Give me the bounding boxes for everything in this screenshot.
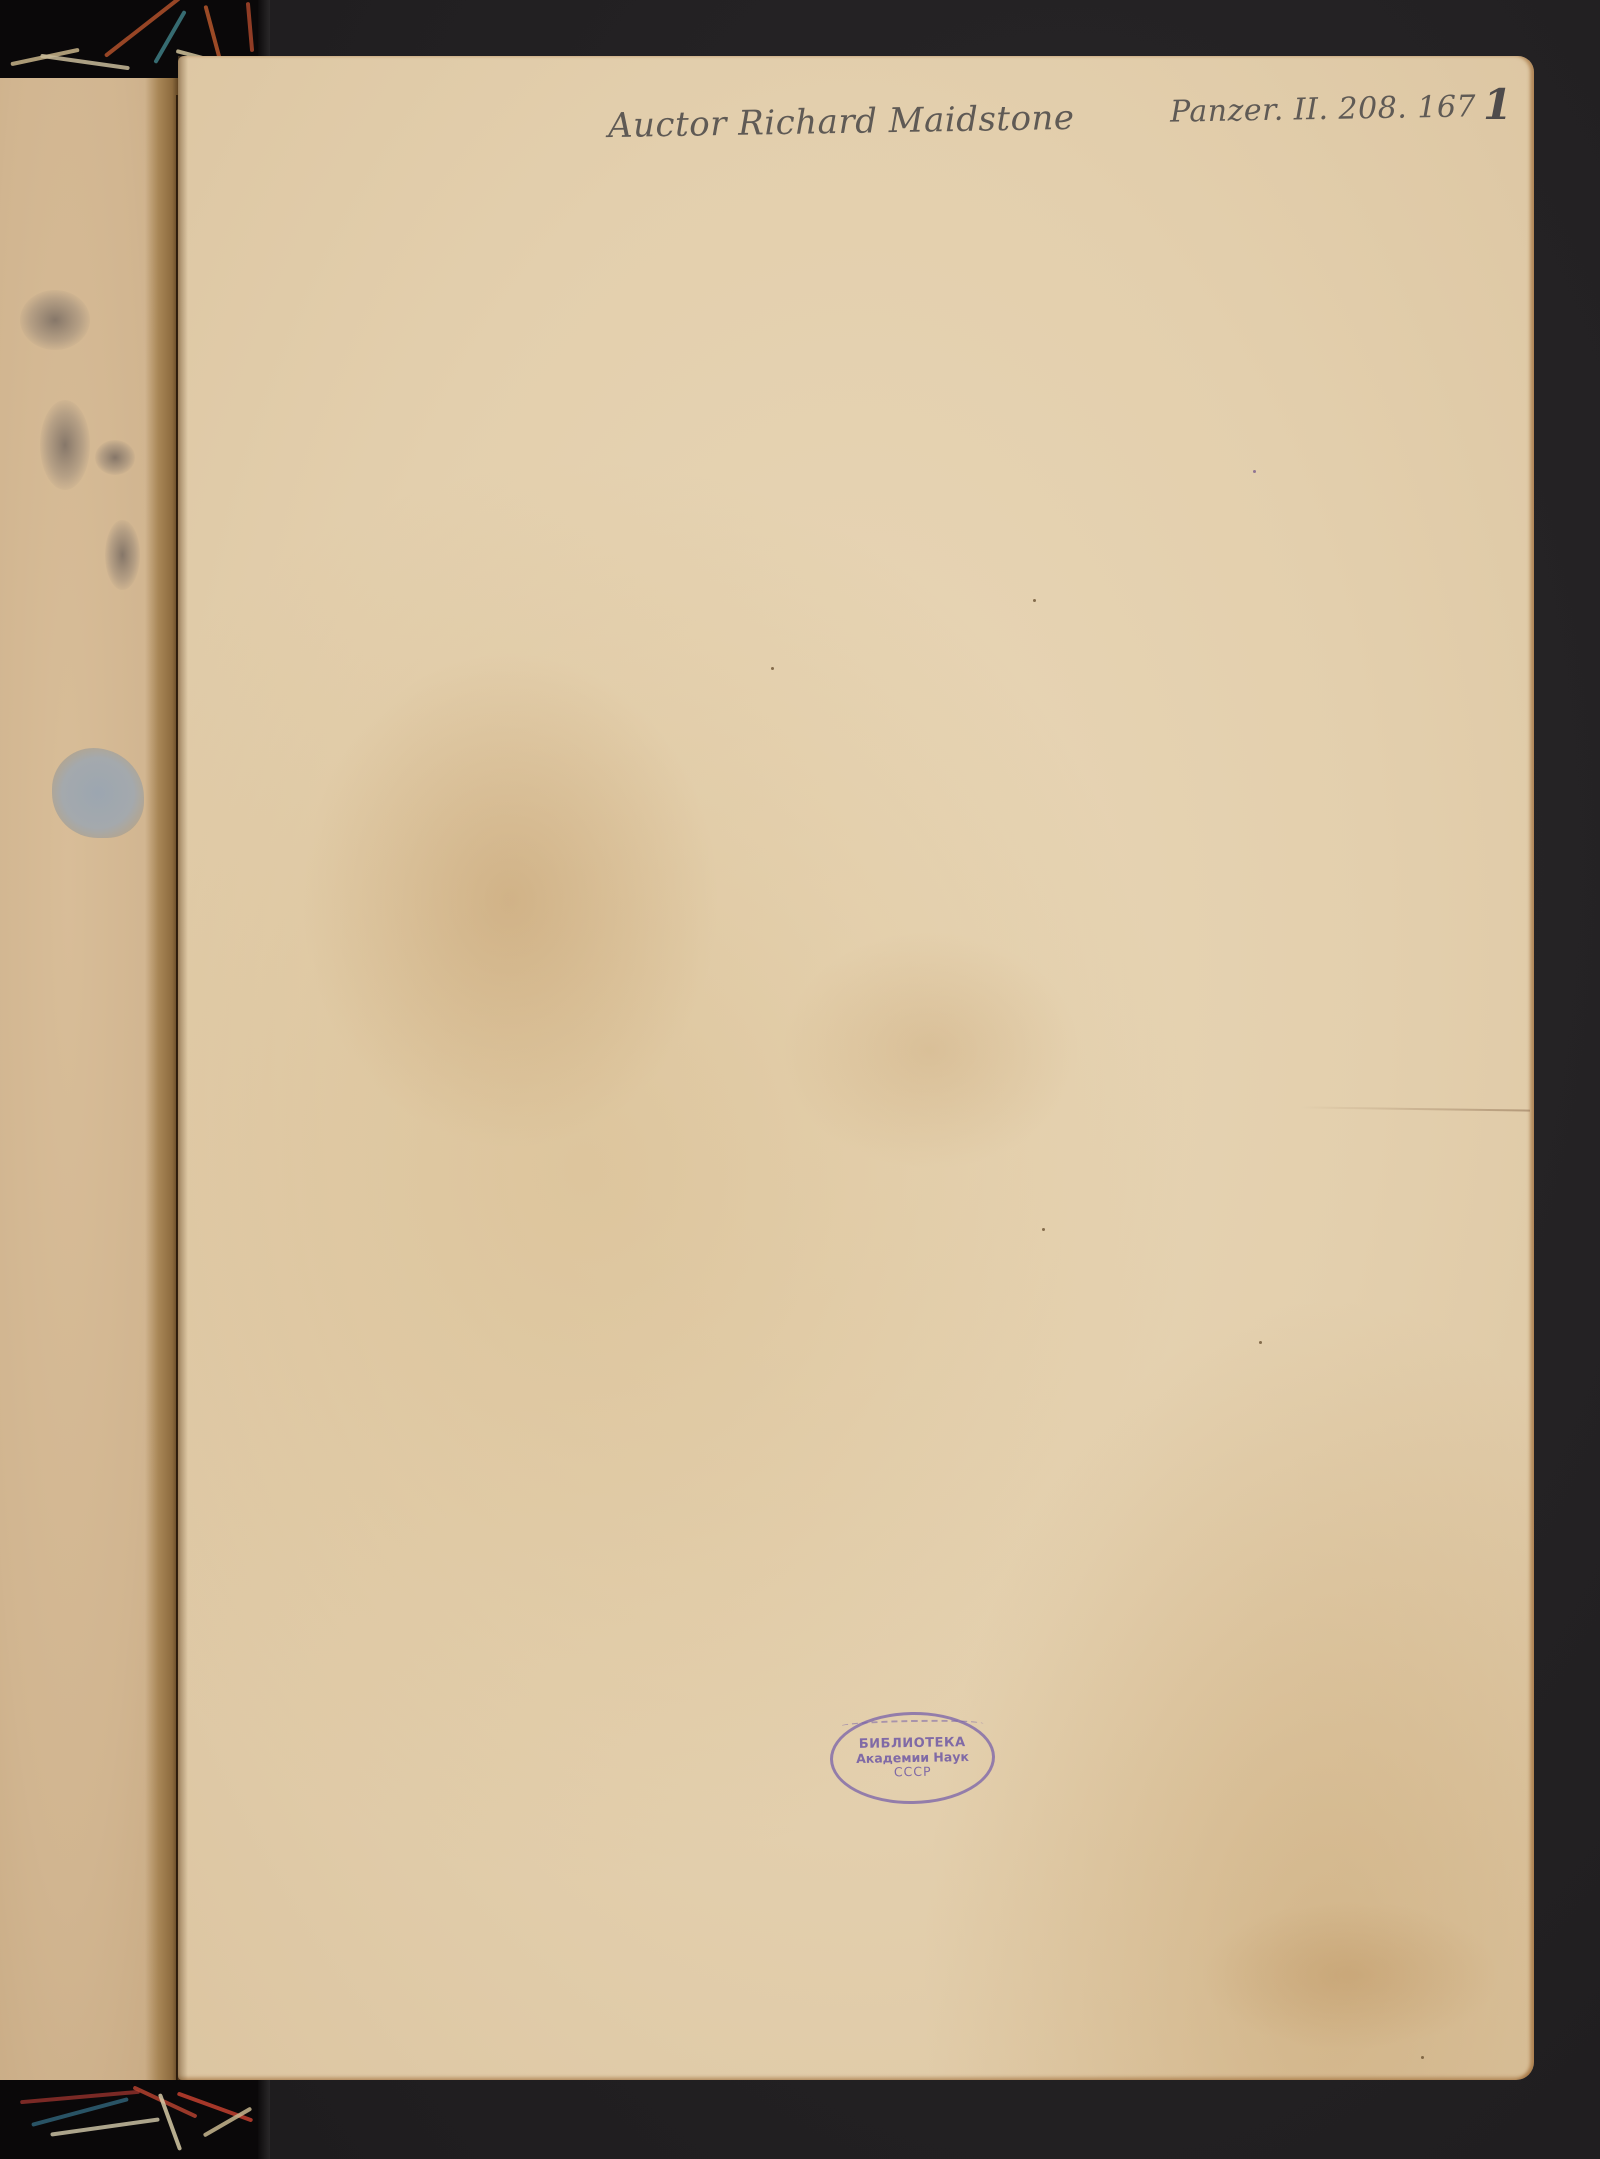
manuscript-photo: Auctor Richard Maidstone Panzer. II. 208… <box>0 0 1600 2159</box>
foxing-stain <box>1200 1900 1500 2050</box>
speck <box>1042 1228 1045 1231</box>
right-page-gutter-shadow <box>178 56 188 2080</box>
left-page-gutter-shadow <box>145 78 179 2080</box>
speck <box>1033 599 1036 602</box>
speck <box>1421 2056 1424 2059</box>
stamp-line-3: СССР <box>894 1765 932 1779</box>
foxing-stain <box>300 650 720 1150</box>
speck <box>771 667 774 670</box>
author-annotation: Auctor Richard Maidstone <box>608 98 1075 146</box>
pencil-smudge <box>105 520 140 590</box>
pencil-smudge <box>20 290 90 350</box>
shelfmark-annotation: Panzer. II. 208. 167 <box>1170 89 1477 129</box>
foxing-stain <box>780 930 1080 1170</box>
speck <box>1253 470 1256 473</box>
folio-number: 1 <box>1483 80 1513 129</box>
pencil-smudge <box>95 440 135 475</box>
speck <box>1259 1341 1262 1344</box>
binding-threads-bottom <box>0 2075 260 2159</box>
pencil-smudge <box>40 400 90 490</box>
